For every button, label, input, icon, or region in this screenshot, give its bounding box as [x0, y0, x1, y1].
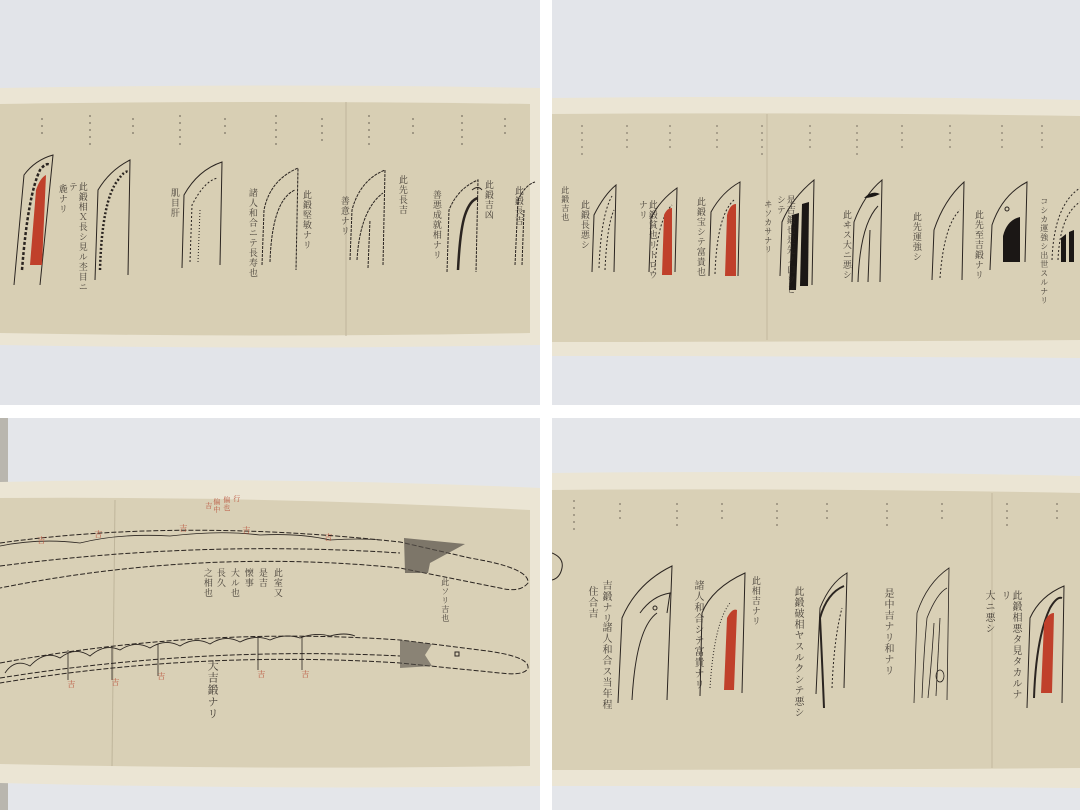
red-mark: 吉 [241, 526, 250, 535]
red-mark: 吉 [178, 524, 187, 533]
red-mark: 吉 [66, 680, 75, 689]
red-mark: 吉 [300, 670, 309, 679]
blade-caption: 吉鍛ナリ [600, 580, 611, 624]
photo-bottom-left-scroll-swords: 吉 吉 吉 吉 吉 吉 吉 吉 吉 吉 吉 偏中 偏也 行 此室又 是吉 懐事 … [0, 418, 540, 810]
red-mark: 吉 [110, 678, 119, 687]
blade-caption: 此鍛貧也リトロウナリ [636, 200, 656, 280]
blade-caption: 大ニ悪シ [983, 590, 994, 634]
blade-caption: コシカ運強シ出世スルナリ [1039, 197, 1048, 307]
red-mark: 吉 [256, 670, 265, 679]
blade-caption: 此鍛長吉 [512, 186, 522, 226]
sword-caption: 之相也 [201, 568, 211, 598]
red-header: 行 [232, 495, 240, 503]
scroll-illustration [552, 0, 1080, 405]
sword-caption: 懐事 [242, 568, 252, 588]
blade-caption: 此ヰス大ニ悪シ [840, 210, 850, 280]
photo-top-left-scroll-blades: 此鍛相Ｘ長シ見ル杢目ニテ 麁ナリ 肌目肝 諸人和合ニテ長寿也 此鍛堅敏ナリ 善意… [0, 0, 540, 405]
blade-caption: 此鍛破相ヤスルクシテ悪シ [792, 586, 803, 726]
blade-caption: 諸人和合ニテ長寿也 [246, 188, 256, 278]
blade-caption: 諸人和合シテ富貴ナリ [692, 580, 703, 690]
red-header: 偏也 [222, 496, 230, 512]
blade-caption: 善意ナリ [338, 196, 348, 236]
blade-caption: 此鍛宝シテ富貴也 [694, 197, 704, 277]
sword-caption: 此室又 [271, 568, 281, 598]
blade-caption: 此先長吉 [396, 175, 406, 215]
red-mark: 吉 [93, 530, 102, 539]
photo-bottom-right-scroll-blades: 吉鍛ナリ 住合吉 諸人和合ス当年程 諸人和合シテ富貴ナリ 此相吉ナリ 此鍛破相ヤ… [552, 418, 1080, 810]
red-mark: 吉 [323, 533, 332, 542]
blade-caption: 肌目肝 [168, 188, 178, 218]
sword-caption: 是吉 [256, 568, 266, 588]
sword-caption: 長久 [214, 568, 224, 588]
red-header: 偏中 [212, 498, 220, 514]
blade-caption: 此鍛相Ｘ長シ見ル杢目ニテ [66, 182, 86, 292]
blade-caption: 此先至吉鍛ナリ [972, 210, 982, 280]
blade-caption: 是吉鍛也是先ノ口ヲヒシテ [774, 195, 794, 300]
blade-caption: 此鍛相悪タ見タカルナリ [999, 590, 1021, 710]
blade-caption: 此鍛吉也 [560, 186, 569, 222]
blade-caption: 是中吉ナリ和ナリ [882, 588, 893, 688]
red-mark: 吉 [36, 536, 45, 545]
red-mark: 吉 [156, 672, 165, 681]
blade-caption: 諸人和合ス当年程 [600, 622, 611, 722]
blade-caption: 善悪成就相ナリ [430, 190, 440, 275]
blade-caption: 此鍛長悪シ [578, 200, 588, 250]
blade-caption: ヰソカサナリ [763, 200, 772, 254]
blade-caption: 此鍛堅敏ナリ [300, 190, 310, 250]
blade-caption: 此相吉ナリ [749, 576, 759, 626]
main-caption: 大吉鍛ナリ [206, 660, 218, 720]
red-header: 吉 [204, 502, 212, 510]
blade-caption: 此先運強シ [910, 212, 920, 262]
blade-caption: 麁ナリ [56, 184, 66, 214]
blade-caption: 此鍛吉凶 [482, 180, 492, 220]
tang-caption: 此ソリ吉也 [440, 578, 449, 623]
scroll-illustration [0, 418, 540, 810]
photo-top-right-scroll-blades: 此鍛吉也 此鍛長悪シ 此鍛貧也リトロウナリ 此鍛宝シテ富貴也 是吉鍛也是先ノ口ヲ… [552, 0, 1080, 405]
blade-caption: 住合吉 [586, 586, 597, 619]
sword-caption: 大ル也 [228, 568, 238, 598]
